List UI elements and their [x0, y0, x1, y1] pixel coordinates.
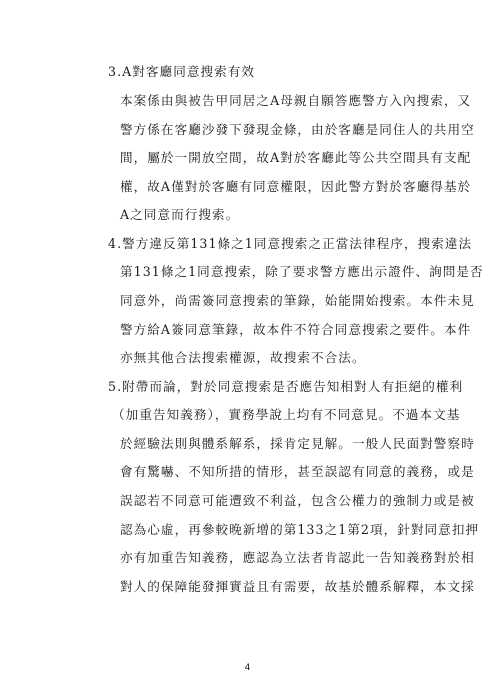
page-number: 4: [0, 663, 495, 673]
section-3-line-4: 權，故A僅對於客廳有同意權限，因此警方對於客廳得基於: [120, 179, 471, 195]
section-4-line-4: 亦無其他合法搜索權源，故搜索不合法。: [120, 350, 366, 366]
section-5-line-2: 於經驗法則與體系解系，採肯定見解。一般人民面對警察時: [120, 436, 475, 452]
document-page: 3.A對客廳同意搜索有效 本案係由與被告甲同居之A母親自願答應警方入內搜索，又 …: [0, 0, 495, 700]
section-3-line-3: 間，屬於一開放空間，故A對於客廳此等公共空間具有支配: [120, 150, 471, 166]
section-4-line-3: 警方給A簽同意筆錄，故本件不符合同意搜索之要件。本件: [120, 322, 471, 338]
section-4-line-2: 同意外，尚需簽同意搜索的筆錄，始能開始搜索。本件未見: [120, 293, 475, 309]
section-3-heading: 3.A對客廳同意搜索有效: [108, 64, 255, 80]
section-5-line-6: 亦有加重告知義務，應認為立法者肯認此一告知義務對於相: [120, 550, 475, 566]
section-4-heading: 4.警方違反第131條之1同意搜索之正當法律程序，搜索違法: [108, 236, 472, 252]
section-4-line-1: 第131條之1同意搜索，除了要求警方應出示證件、詢問是否: [120, 264, 484, 280]
section-5-heading: 5.附帶而論，對於同意搜索是否應告知相對人有拒絕的權利: [108, 379, 463, 395]
section-5-line-7: 對人的保障能發揮實益且有需要，故基於體系解釋，本文採: [120, 579, 475, 595]
section-3-line-2: 警方係在客廳沙發下發現金條，由於客廳是同住人的共用空: [120, 122, 475, 138]
section-3-line-1: 本案係由與被告甲同居之A母親自願答應警方入內搜索，又: [120, 93, 471, 109]
section-5-line-3: 會有驚嚇、不知所措的情形，甚至誤認有同意的義務，或是: [120, 464, 475, 480]
section-5-line-4: 誤認若不同意可能遭致不利益，包含公權力的強制力或是被: [120, 493, 475, 509]
section-3-line-5: A之同意而行搜索。: [120, 207, 239, 223]
section-5-line-1: （加重告知義務），實務學說上均有不同意見。不過本文基: [112, 407, 460, 423]
section-5-line-5: 認為心虛，再參較晚新增的第133之1第2項，針對同意扣押: [120, 522, 479, 538]
